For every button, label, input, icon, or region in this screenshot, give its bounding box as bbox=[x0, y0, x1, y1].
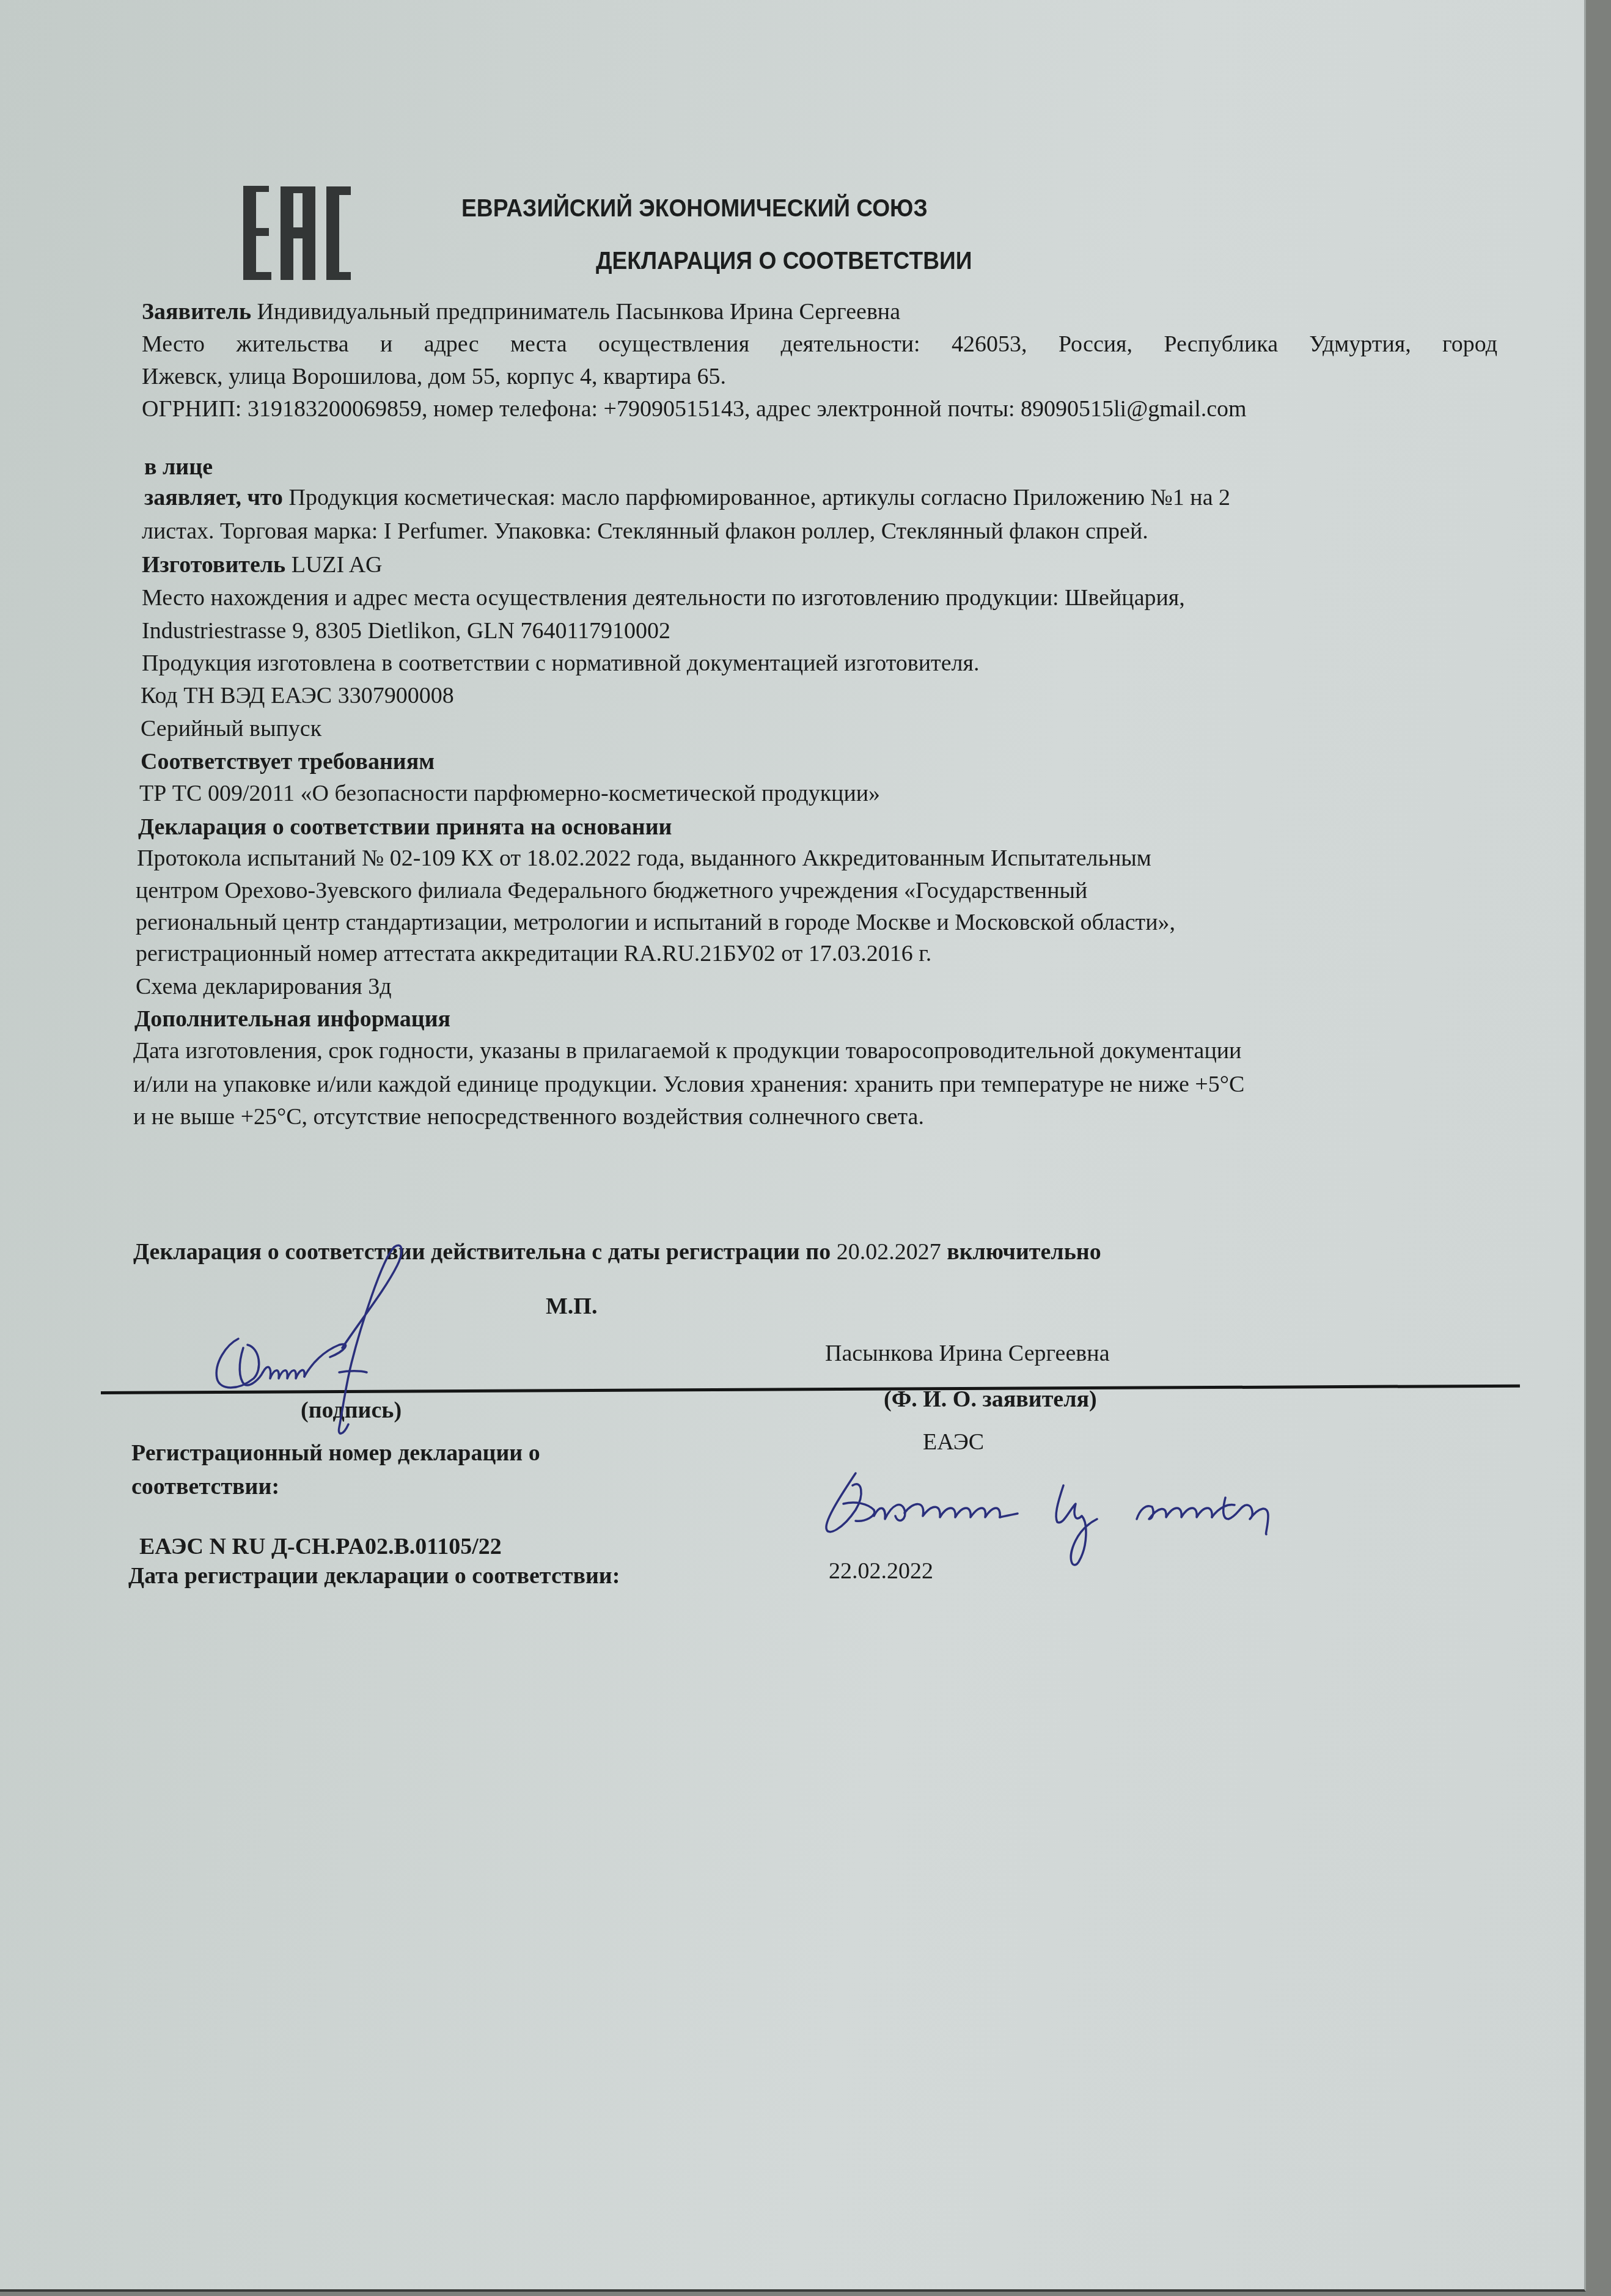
declares-line1: заявляет, что Продукция косметическая: м… bbox=[144, 484, 1230, 511]
document-title: ДЕКЛАРАЦИЯ О СООТВЕТСТВИИ bbox=[596, 247, 972, 275]
applicant-name: Индивидуальный предприниматель Пасынкова… bbox=[257, 299, 900, 325]
applicant-contacts: ОГРНИП: 319183200069859, номер телефона:… bbox=[142, 396, 1247, 422]
tn-ved-code: Код ТН ВЭД ЕАЭС 3307900008 bbox=[141, 682, 454, 709]
requirements-value: ТР ТС 009/2011 «О безопасности парфюмерн… bbox=[139, 780, 880, 807]
declares-line2: листах. Торговая марка: I Perfumer. Упак… bbox=[142, 518, 1148, 545]
name-caption: (Ф. И. О. заявителя) bbox=[884, 1386, 1097, 1413]
basis-line2: центром Орехово-Зуевского филиала Федера… bbox=[136, 877, 1087, 904]
declaration-scheme: Схема декларирования 3д bbox=[136, 973, 392, 1000]
applicant-address-line2: Ижевск, улица Ворошилова, дом 55, корпус… bbox=[142, 363, 726, 390]
manufacturer-line: Изготовитель LUZI AG bbox=[142, 551, 383, 578]
product-description: Продукция косметическая: масло парфюмиро… bbox=[289, 485, 1231, 510]
registration-number-label-line1: Регистрационный номер декларации о bbox=[131, 1440, 540, 1466]
manufacturer-conformity-note: Продукция изготовлена в соответствии с н… bbox=[142, 650, 979, 677]
manufacturer-name: LUZI AG bbox=[292, 552, 383, 578]
applicant-full-name: Пасынкова Ирина Сергеевна bbox=[825, 1340, 1110, 1367]
additional-info-line1: Дата изготовления, срок годности, указан… bbox=[133, 1037, 1241, 1064]
applicant-line: Заявитель Индивидуальный предприниматель… bbox=[142, 298, 900, 325]
basis-line1: Протокола испытаний № 02-109 КХ от 18.02… bbox=[137, 845, 1151, 872]
union-title: ЕВРАЗИЙСКИЙ ЭКОНОМИЧЕСКИЙ СОЮЗ bbox=[461, 194, 928, 223]
declares-label: заявляет, что bbox=[144, 485, 283, 510]
basis-line3: региональный центр стандартизации, метро… bbox=[136, 909, 1175, 936]
applicant-label: Заявитель bbox=[142, 299, 251, 325]
registration-number-label-line2: соответствии: bbox=[131, 1473, 279, 1500]
validity-suffix: включительно bbox=[947, 1239, 1101, 1265]
requirements-label: Соответствует требованиям bbox=[141, 748, 435, 775]
registration-date: 22.02.2022 bbox=[829, 1558, 933, 1584]
union-abbreviation: ЕАЭС bbox=[923, 1429, 984, 1455]
basis-line4: регистрационный номер аттестата аккредит… bbox=[136, 940, 931, 967]
manufacturer-address-line2: Industriestrasse 9, 8305 Dietlikon, GLN … bbox=[142, 617, 670, 644]
validity-date: 20.02.2027 bbox=[837, 1239, 941, 1265]
stamp-place-label: М.П. bbox=[546, 1293, 597, 1320]
registration-date-label: Дата регистрации декларации о соответств… bbox=[128, 1562, 620, 1589]
manufacturer-label: Изготовитель bbox=[142, 552, 285, 578]
basis-label: Декларация о соответствии принята на осн… bbox=[138, 814, 672, 841]
registration-number: ЕАЭС N RU Д-CH.PA02.B.01105/22 bbox=[139, 1533, 502, 1560]
applicant-address-line1: Место жительства и адрес места осуществл… bbox=[142, 331, 1497, 358]
additional-info-label: Дополнительная информация bbox=[134, 1006, 450, 1032]
additional-info-line3: и не выше +25°С, отсутствие непосредстве… bbox=[133, 1103, 924, 1130]
manufacturer-address-line1: Место нахождения и адрес места осуществл… bbox=[142, 584, 1185, 611]
production-type: Серийный выпуск bbox=[141, 715, 321, 742]
additional-info-line2: и/или на упаковке и/или каждой единице п… bbox=[133, 1071, 1244, 1098]
in-person-label: в лице bbox=[144, 454, 213, 480]
handwritten-signature-icon bbox=[202, 1241, 434, 1443]
eac-logo-icon bbox=[241, 185, 353, 281]
declaration-page: ЕВРАЗИЙСКИЙ ЭКОНОМИЧЕСКИЙ СОЮЗ ДЕКЛАРАЦИ… bbox=[0, 0, 1586, 2292]
